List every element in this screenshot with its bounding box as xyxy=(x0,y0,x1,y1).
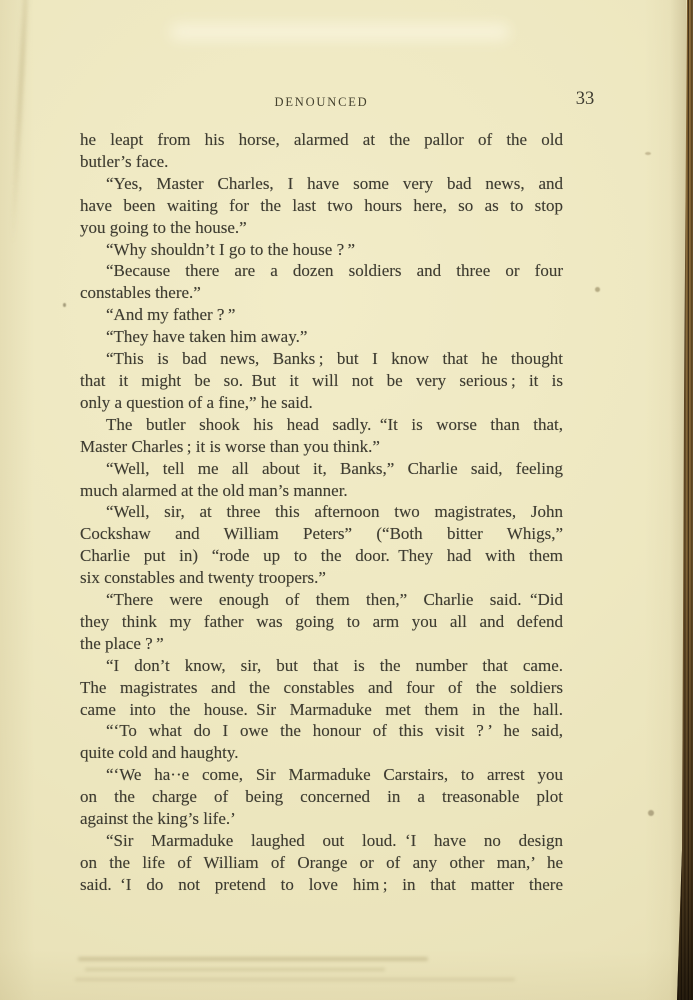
text-line: that it might be so. But it will not be … xyxy=(80,370,563,392)
text-line: much alarmed at the old man’s manner. xyxy=(80,480,563,502)
text-line: on the charge of being concerned in a tr… xyxy=(80,786,563,808)
scan-streak xyxy=(78,957,428,961)
text-line: The magistrates and the constables and f… xyxy=(80,677,563,699)
text-line: “Because there are a dozen soldiers and … xyxy=(80,260,563,282)
text-line: said. ‘I do not pretend to love him ; in… xyxy=(80,874,563,896)
text-line: “They have taken him away.” xyxy=(80,326,563,348)
scan-highlight xyxy=(170,24,510,40)
text-line: “This is bad news, Banks ; but I know th… xyxy=(80,348,563,370)
paper-speck xyxy=(648,810,654,816)
text-line: The butler shook his head sadly. “It is … xyxy=(80,414,563,436)
text-line: “‘We ha··e come, Sir Marmaduke Carstairs… xyxy=(80,764,563,786)
text-line: butler’s face. xyxy=(80,151,563,173)
text-line: Master Charles ; it is worse than you th… xyxy=(80,436,563,458)
text-line: have been waiting for the last two hours… xyxy=(80,195,563,217)
text-line: quite cold and haughty. xyxy=(80,742,563,764)
text-line: “Well, tell me all about it, Banks,” Cha… xyxy=(80,458,563,480)
scan-streak xyxy=(85,968,385,971)
text-line: “Why shouldn’t I go to the house ? ” xyxy=(80,239,563,261)
running-title: DENOUNCED xyxy=(80,95,563,110)
paper-speck xyxy=(645,152,651,155)
paper-crease xyxy=(6,0,32,258)
text-line: “I don’t know, sir, but that is the numb… xyxy=(80,655,563,677)
paper-speck xyxy=(595,287,600,292)
text-line: he leapt from his horse, alarmed at the … xyxy=(80,129,563,151)
text-line: Charlie put in) “rode up to the door. Th… xyxy=(80,545,563,567)
text-line: against the king’s life.’ xyxy=(80,808,563,830)
paper-speck xyxy=(63,303,66,307)
text-line: “There were enough of them then,” Charli… xyxy=(80,589,563,611)
text-line: six constables and twenty troopers.” xyxy=(80,567,563,589)
text-line: the place ? ” xyxy=(80,633,563,655)
text-line: on the life of William of Orange or of a… xyxy=(80,852,563,874)
text-line: you going to the house.” xyxy=(80,217,563,239)
text-line: came into the house. Sir Marmaduke met t… xyxy=(80,699,563,721)
text-line: “And my father ? ” xyxy=(80,304,563,326)
page-body: he leapt from his horse, alarmed at the … xyxy=(80,129,563,896)
text-line: Cockshaw and William Peters” (“Both bitt… xyxy=(80,523,563,545)
text-line: only a question of a fine,” he said. xyxy=(80,392,563,414)
text-line: “Well, sir, at three this afternoon two … xyxy=(80,501,563,523)
text-line: “Yes, Master Charles, I have some very b… xyxy=(80,173,563,195)
book-page-scan: DENOUNCED 33 he leapt from his horse, al… xyxy=(0,0,693,1000)
text-line: “Sir Marmaduke laughed out loud. ‘I have… xyxy=(80,830,563,852)
text-line: constables there.” xyxy=(80,282,563,304)
text-line: they think my father was going to arm yo… xyxy=(80,611,563,633)
page-number: 33 xyxy=(566,89,604,110)
scan-streak xyxy=(75,978,515,981)
text-line: “‘To what do I owe the honour of this vi… xyxy=(80,720,563,742)
